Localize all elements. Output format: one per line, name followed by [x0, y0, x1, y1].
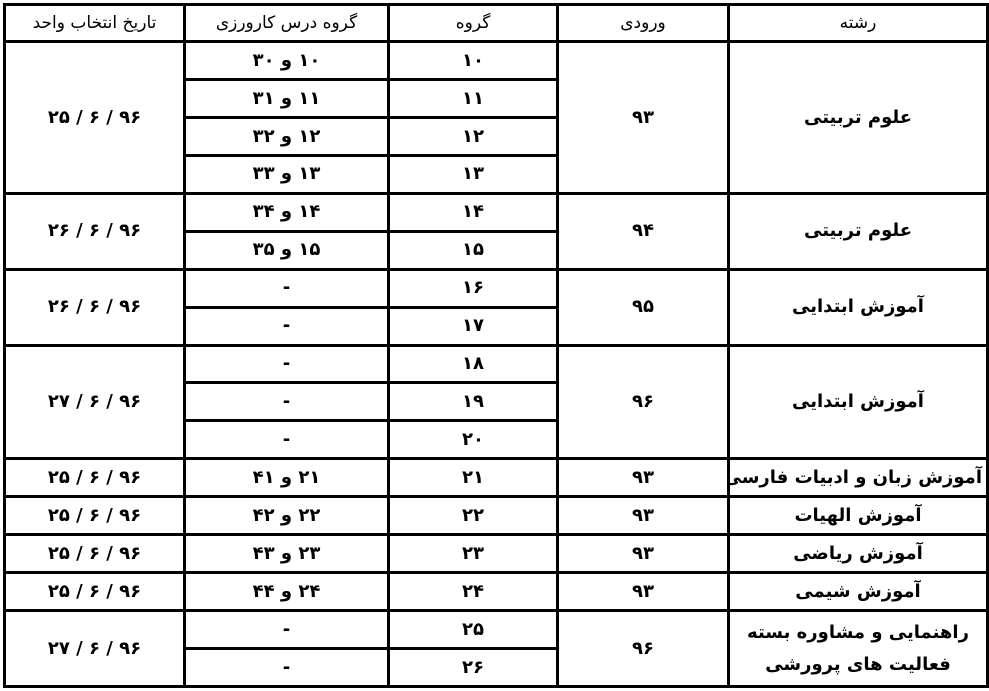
group-cell: ۱۳ [389, 155, 558, 193]
header-row: رشته ورودی گروه گروه درس کارورزی تاریخ ا… [5, 5, 988, 42]
lab-group-cell: ۱۵ و ۳۵ [185, 231, 389, 269]
table-row: آموزش ابتدایی ۹۵ ۱۶ - ۹۶ / ۶ / ۲۶ [5, 269, 988, 307]
lab-group-cell: - [185, 611, 389, 649]
group-cell: ۲۴ [389, 573, 558, 611]
lab-group-cell: ۱۳ و ۳۳ [185, 155, 389, 193]
field-cell: راهنمایی و مشاوره بسته فعالیت های پرورشی [729, 611, 988, 687]
lab-group-cell: ۲۳ و ۴۳ [185, 535, 389, 573]
group-cell: ۲۵ [389, 611, 558, 649]
group-cell: ۱۴ [389, 193, 558, 231]
group-cell: ۱۶ [389, 269, 558, 307]
field-cell: آموزش الهیات [729, 497, 988, 535]
group-cell: ۱۷ [389, 307, 558, 345]
header-registration-date: تاریخ انتخاب واحد [5, 5, 185, 42]
table-row: آموزش ریاضی ۹۳ ۲۳ ۲۳ و ۴۳ ۹۶ / ۶ / ۲۵ [5, 535, 988, 573]
lab-group-cell: ۱۰ و ۳۰ [185, 42, 389, 80]
lab-group-cell: ۱۴ و ۳۴ [185, 193, 389, 231]
field-cell: آموزش زبان و ادبیات فارسی [729, 459, 988, 497]
lab-group-cell: - [185, 269, 389, 307]
lab-group-cell: - [185, 307, 389, 345]
lab-group-cell: - [185, 345, 389, 383]
group-cell: ۲۲ [389, 497, 558, 535]
header-field: رشته [729, 5, 988, 42]
entry-year-cell: ۹۳ [558, 497, 729, 535]
registration-schedule-table: رشته ورودی گروه گروه درس کارورزی تاریخ ا… [3, 3, 989, 688]
lab-group-cell: ۲۲ و ۴۲ [185, 497, 389, 535]
table-row: آموزش الهیات ۹۳ ۲۲ ۲۲ و ۴۲ ۹۶ / ۶ / ۲۵ [5, 497, 988, 535]
table-row: راهنمایی و مشاوره بسته فعالیت های پرورشی… [5, 611, 988, 649]
registration-date-cell: ۹۶ / ۶ / ۲۵ [5, 42, 185, 194]
field-cell: آموزش ابتدایی [729, 345, 988, 459]
table-row: علوم تربیتی ۹۳ ۱۰ ۱۰ و ۳۰ ۹۶ / ۶ / ۲۵ [5, 42, 988, 80]
schedule-sheet: رشته ورودی گروه گروه درس کارورزی تاریخ ا… [3, 3, 986, 688]
registration-date-cell: ۹۶ / ۶ / ۲۵ [5, 573, 185, 611]
group-cell: ۱۰ [389, 42, 558, 80]
lab-group-cell: - [185, 649, 389, 687]
entry-year-cell: ۹۳ [558, 42, 729, 194]
table-row: آموزش ابتدایی ۹۶ ۱۸ - ۹۶ / ۶ / ۲۷ [5, 345, 988, 383]
field-cell: آموزش ریاضی [729, 535, 988, 573]
registration-date-cell: ۹۶ / ۶ / ۲۵ [5, 497, 185, 535]
registration-date-cell: ۹۶ / ۶ / ۲۶ [5, 269, 185, 345]
group-cell: ۲۶ [389, 649, 558, 687]
header-entry-year: ورودی [558, 5, 729, 42]
lab-group-cell: - [185, 421, 389, 459]
entry-year-cell: ۹۳ [558, 535, 729, 573]
table-row: علوم تربیتی ۹۴ ۱۴ ۱۴ و ۳۴ ۹۶ / ۶ / ۲۶ [5, 193, 988, 231]
header-group: گروه [389, 5, 558, 42]
group-cell: ۱۱ [389, 79, 558, 117]
lab-group-cell: ۱۱ و ۳۱ [185, 79, 389, 117]
group-cell: ۱۵ [389, 231, 558, 269]
registration-date-cell: ۹۶ / ۶ / ۲۵ [5, 459, 185, 497]
registration-date-cell: ۹۶ / ۶ / ۲۷ [5, 611, 185, 687]
table-row: آموزش شیمی ۹۳ ۲۴ ۲۴ و ۴۴ ۹۶ / ۶ / ۲۵ [5, 573, 988, 611]
group-cell: ۱۸ [389, 345, 558, 383]
lab-group-cell: ۱۲ و ۳۲ [185, 117, 389, 155]
group-cell: ۲۰ [389, 421, 558, 459]
entry-year-cell: ۹۶ [558, 611, 729, 687]
lab-group-cell: ۲۱ و ۴۱ [185, 459, 389, 497]
group-cell: ۲۱ [389, 459, 558, 497]
field-cell: علوم تربیتی [729, 193, 988, 269]
entry-year-cell: ۹۶ [558, 345, 729, 459]
group-cell: ۲۳ [389, 535, 558, 573]
header-lab-group: گروه درس کارورزی [185, 5, 389, 42]
group-cell: ۱۲ [389, 117, 558, 155]
field-cell: علوم تربیتی [729, 42, 988, 194]
registration-date-cell: ۹۶ / ۶ / ۲۷ [5, 345, 185, 459]
registration-date-cell: ۹۶ / ۶ / ۲۶ [5, 193, 185, 269]
field-cell: آموزش ابتدایی [729, 269, 988, 345]
table-row: آموزش زبان و ادبیات فارسی ۹۳ ۲۱ ۲۱ و ۴۱ … [5, 459, 988, 497]
field-cell: آموزش شیمی [729, 573, 988, 611]
lab-group-cell: ۲۴ و ۴۴ [185, 573, 389, 611]
entry-year-cell: ۹۵ [558, 269, 729, 345]
registration-date-cell: ۹۶ / ۶ / ۲۵ [5, 535, 185, 573]
entry-year-cell: ۹۴ [558, 193, 729, 269]
group-cell: ۱۹ [389, 383, 558, 421]
entry-year-cell: ۹۳ [558, 459, 729, 497]
entry-year-cell: ۹۳ [558, 573, 729, 611]
lab-group-cell: - [185, 383, 389, 421]
